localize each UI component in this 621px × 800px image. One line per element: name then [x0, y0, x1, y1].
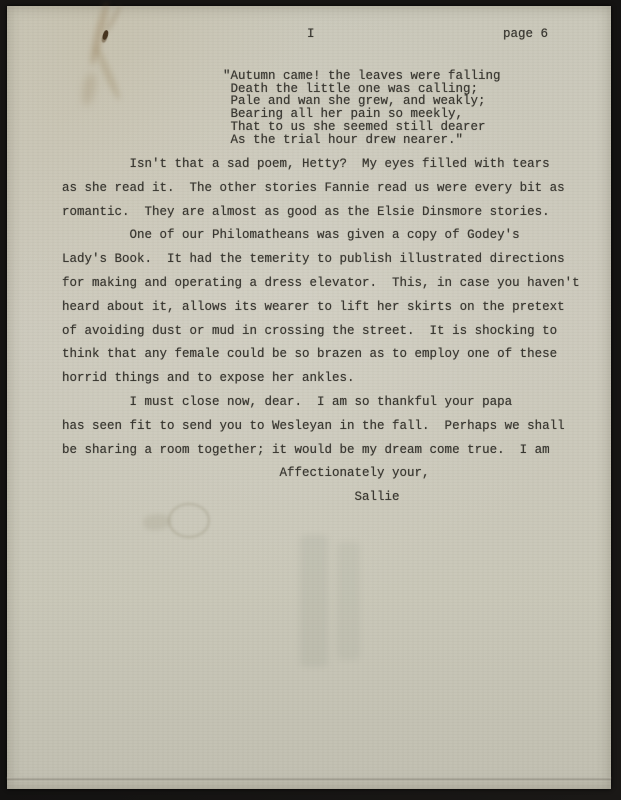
faint-watermark	[337, 542, 360, 660]
stain-streak	[80, 71, 98, 107]
page-number-label: page 6	[503, 27, 548, 41]
text-line: I must close now, dear. I am so thankful…	[62, 391, 580, 415]
text-line: heard about it, allows its wearer to lif…	[62, 296, 580, 320]
text-line: Sallie	[62, 486, 580, 510]
text-line: be sharing a room together; it would be …	[62, 439, 580, 463]
text-line: romantic. They are almost as good as the…	[62, 201, 580, 225]
text-line: Lady's Book. It had the temerity to publ…	[62, 248, 580, 272]
ink-speck	[102, 29, 110, 40]
stain-streak	[87, 2, 110, 66]
text-line: has seen fit to send you to Wesleyan in …	[62, 415, 580, 439]
letter-page: I page 6 "Autumn came! the leaves were f…	[7, 6, 611, 789]
scanned-letter-photo: I page 6 "Autumn came! the leaves were f…	[0, 0, 621, 800]
poem-line: As the trial hour drew nearer."	[223, 134, 501, 147]
text-line: as she read it. The other stories Fannie…	[62, 177, 580, 201]
poem-line: That to us she seemed still dearer	[223, 121, 501, 134]
faint-watermark	[300, 535, 328, 667]
stain-streak	[104, 5, 122, 34]
faint-smudge	[142, 512, 172, 532]
letter-body: Isn't that a sad poem, Hetty? My eyes fi…	[62, 153, 580, 510]
poem-line: "Autumn came! the leaves were falling	[223, 70, 501, 83]
text-line: Affectionately your,	[62, 462, 580, 486]
text-line: Isn't that a sad poem, Hetty? My eyes fi…	[62, 153, 580, 177]
text-line: horrid things and to expose her ankles.	[62, 367, 580, 391]
poem-line: Bearing all her pain so meekly,	[223, 108, 501, 121]
text-line: of avoiding dust or mud in crossing the …	[62, 320, 580, 344]
page-bottom-edge	[7, 777, 611, 780]
section-number: I	[307, 27, 315, 41]
stain-streak	[93, 45, 123, 101]
text-line: for making and operating a dress elevato…	[62, 272, 580, 296]
text-line: One of our Philomatheans was given a cop…	[62, 224, 580, 248]
poem-block: "Autumn came! the leaves were falling De…	[223, 70, 501, 146]
text-line: think that any female could be so brazen…	[62, 343, 580, 367]
